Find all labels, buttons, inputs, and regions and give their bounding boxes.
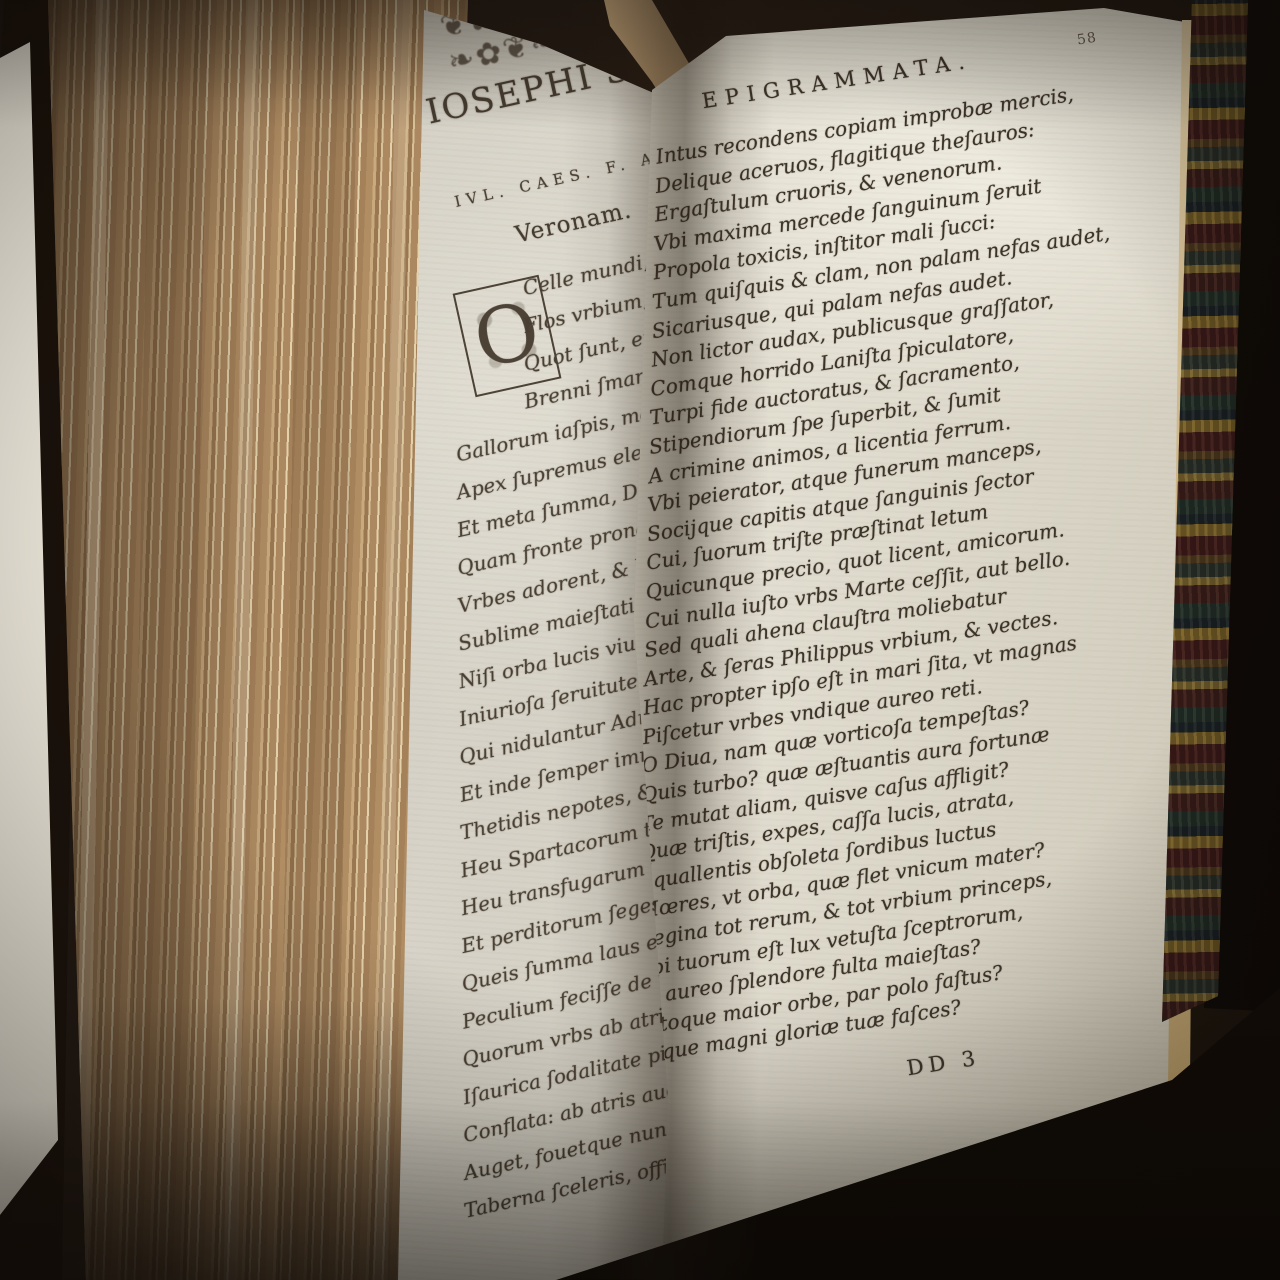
book-photograph: ❦✿❧❦✿❧❦❧✿❦❧✿ IOSEPHI SCA IVL. CAES. F. A… <box>0 0 1280 1280</box>
photo-vignette <box>0 0 1280 1280</box>
